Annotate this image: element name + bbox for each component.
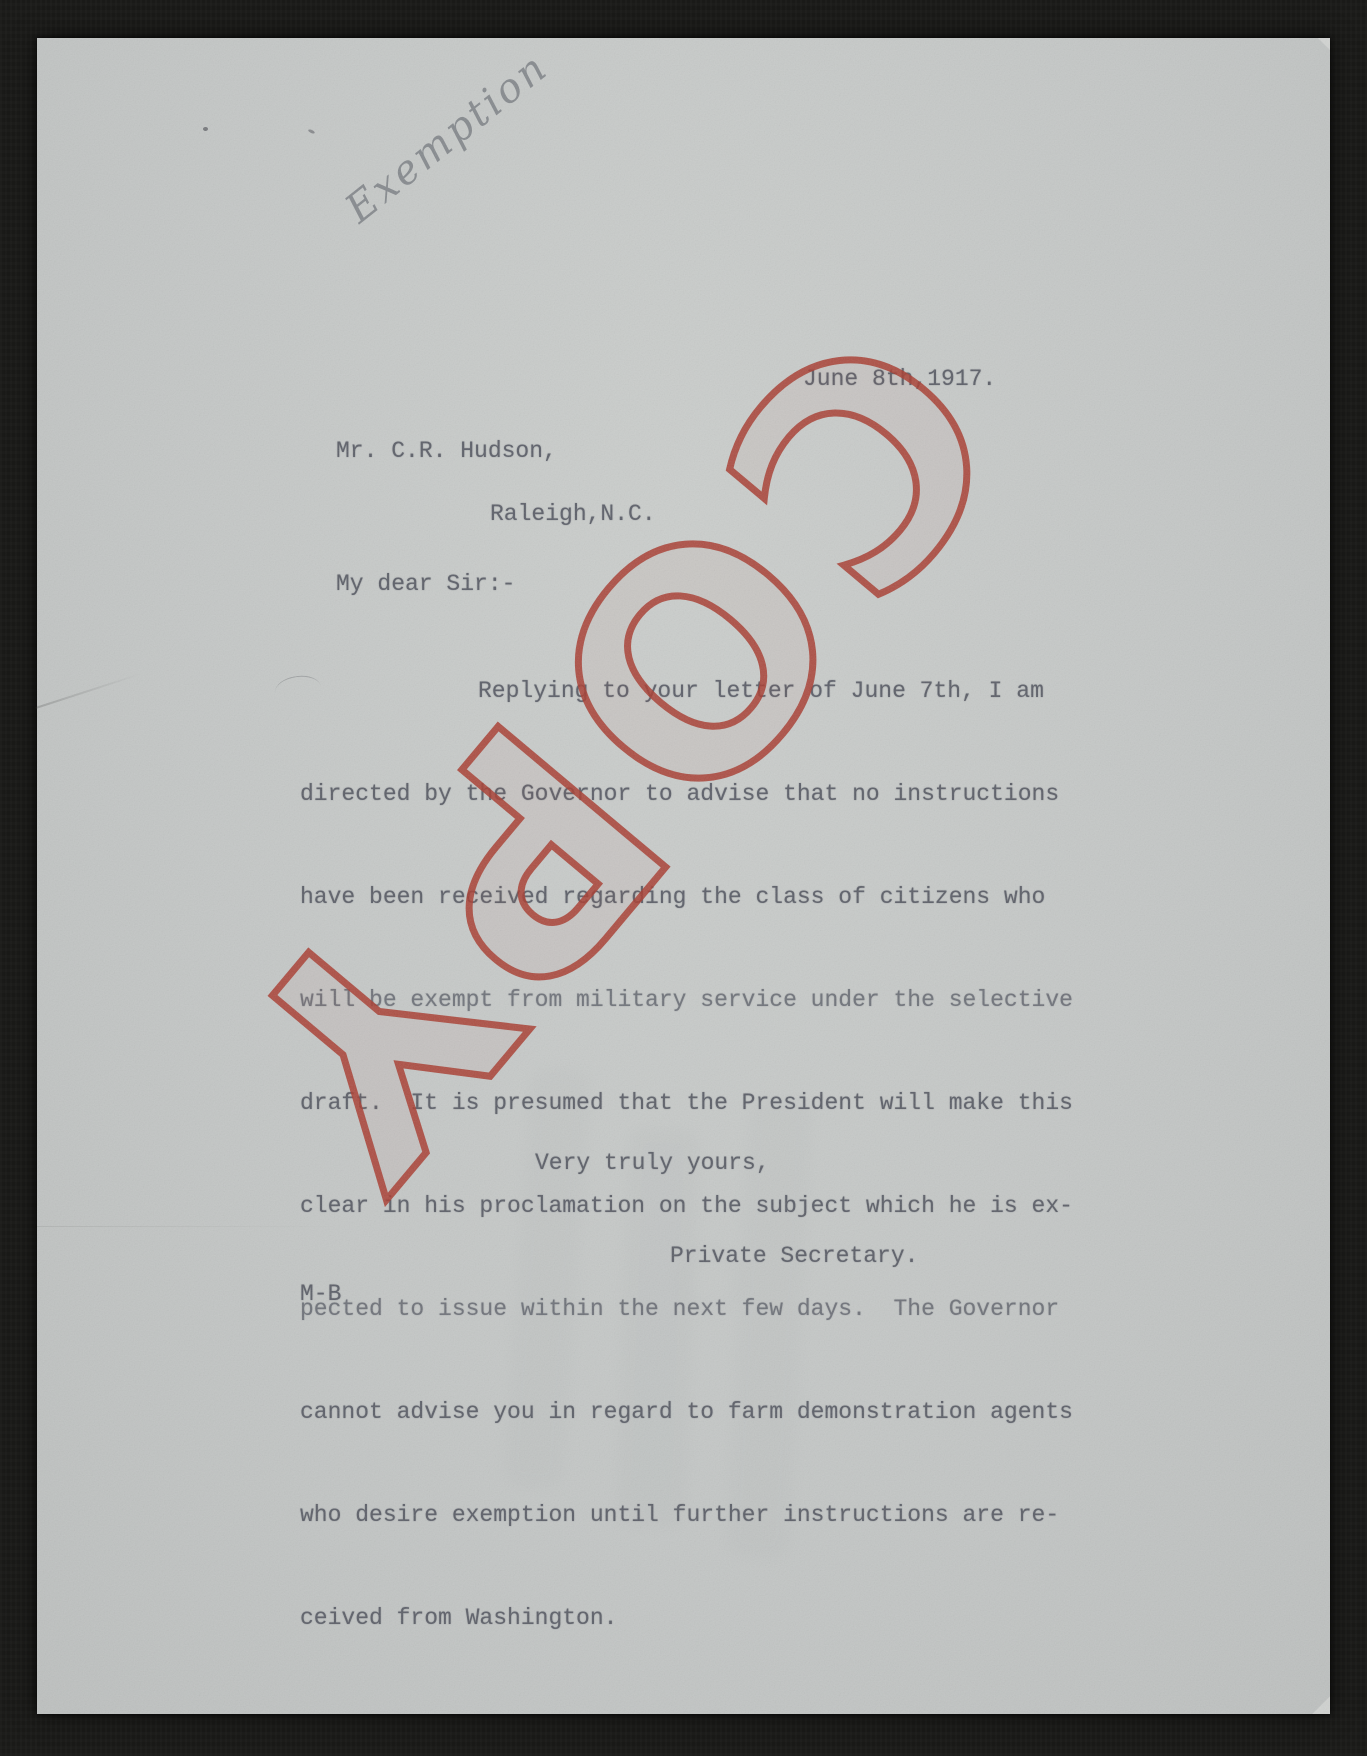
- body-line: pected to issue within the next few days…: [300, 1284, 1130, 1335]
- paper-crease: [35, 673, 140, 709]
- salutation: My dear Sir:-: [336, 571, 515, 597]
- body-line: ceived from Washington.: [300, 1593, 1130, 1644]
- corner-fold: [1240, 1644, 1330, 1714]
- handwritten-annotation: Exemption: [337, 44, 557, 232]
- recipient-name: Mr. C.R. Hudson,: [336, 438, 557, 464]
- pencil-speck: [308, 129, 316, 135]
- paper-crease: [37, 1226, 337, 1227]
- letter-page: Exemption June 8th,1917. Mr. C.R. Hudson…: [37, 38, 1330, 1714]
- pencil-speck: [203, 127, 208, 131]
- typist-initials: M-B: [300, 1281, 341, 1307]
- body-line: who desire exemption until further instr…: [300, 1490, 1130, 1541]
- closing-phrase: Very truly yours,: [535, 1150, 770, 1176]
- signature-title: Private Secretary.: [670, 1243, 918, 1269]
- corner-fold: [1260, 38, 1330, 78]
- body-line: cannot advise you in regard to farm demo…: [300, 1387, 1130, 1438]
- scan-background: Exemption June 8th,1917. Mr. C.R. Hudson…: [0, 0, 1367, 1756]
